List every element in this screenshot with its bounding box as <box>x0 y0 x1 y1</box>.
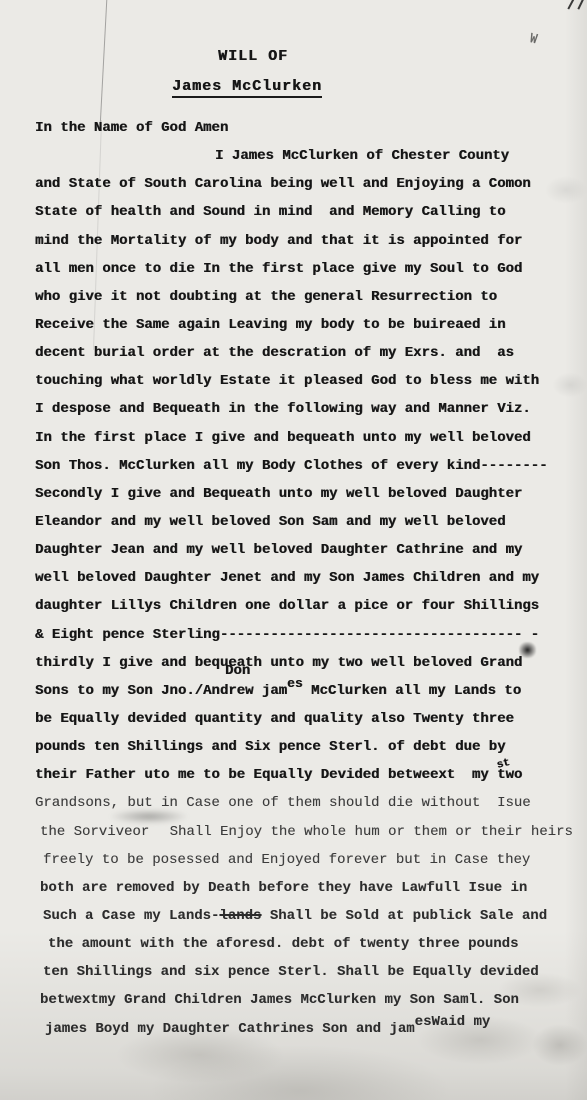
line-text: be Equally devided quantity and quality … <box>35 711 514 727</box>
stray-ink-mark: W <box>528 30 537 48</box>
document-line: all men once to die In the first place g… <box>35 255 581 283</box>
paper-crease-line <box>99 0 107 130</box>
line-text: well beloved Daughter Jenet and my Son J… <box>35 570 539 586</box>
document-line: Such a Case my Lands-lands Shall be Sold… <box>35 902 581 930</box>
line-text: their Father uto me to be Equally Devide… <box>35 767 497 783</box>
line-text: mind the Mortality of my body and that i… <box>35 233 522 249</box>
line-text: and State of South Carolina being well a… <box>35 176 531 192</box>
line-text: all men once to die In the first place g… <box>35 261 522 277</box>
line-text: james Boyd my Daughter Cathrines Son and… <box>45 1021 415 1037</box>
line-text: Receive the Same again Leaving my body t… <box>35 317 505 333</box>
ink-blot <box>522 652 532 666</box>
document-line: Secondly I give and Bequeath unto my wel… <box>35 480 581 508</box>
document-line: daughter Lillys Children one dollar a pi… <box>35 592 581 620</box>
line-text: decent burial order at the descration of… <box>35 345 514 361</box>
document-body: In the Name of God AmenI James McClurken… <box>35 114 581 1043</box>
line-text: ten Shillings and six pence Sterl. Shall… <box>43 964 539 980</box>
line-text: thirdly I give and bequeath unto my two … <box>35 655 522 671</box>
struck-out-text: lands <box>219 908 261 924</box>
scanned-will-page: W WILL OF James McClurken In the Name of… <box>0 0 587 1100</box>
document-line: both are removed by Death before they ha… <box>35 874 581 902</box>
document-line: In the Name of God Amen <box>35 114 581 142</box>
line-text: daughter Lillys Children one dollar a pi… <box>35 598 539 614</box>
document-line: I James McClurken of Chester County <box>35 142 581 170</box>
document-line: and State of South Carolina being well a… <box>35 170 581 198</box>
line-text: freely to be posessed and Enjoyed foreve… <box>43 852 530 868</box>
document-line: the Sorviveor Shall Enjoy the whole hum … <box>35 818 581 846</box>
line-text: McClurken all my Lands to <box>303 683 521 699</box>
document-line: ten Shillings and six pence Sterl. Shall… <box>35 958 581 986</box>
document-line: freely to be posessed and Enjoyed foreve… <box>35 846 581 874</box>
document-line: decent burial order at the descration of… <box>35 339 581 367</box>
raised-text: esWaid my <box>415 1008 491 1036</box>
document-line: Daughter Jean and my well beloved Daught… <box>35 536 581 564</box>
document-line: I despose and Bequeath in the following … <box>35 395 581 423</box>
line-text: the Sorviveor <box>40 824 158 840</box>
document-line: well beloved Daughter Jenet and my Son J… <box>35 564 581 592</box>
document-title-line1: WILL OF <box>218 48 288 65</box>
pencil-corner-mark <box>567 0 576 10</box>
line-text: State of health and Sound in mind and Me… <box>35 204 505 220</box>
document-line: Son Thos. McClurken all my Body Clothes … <box>35 452 581 480</box>
document-line: touching what worldly Estate it pleased … <box>35 367 581 395</box>
document-line: thirdly I give and bequeath unto my two … <box>35 649 581 677</box>
line-text: Sons to my Son Jno./Andrew jam <box>35 683 287 699</box>
line-text: In the Name of God Amen <box>35 120 228 136</box>
line-text: pounds ten Shillings and Six pence Sterl… <box>35 739 505 755</box>
line-text: I despose and Bequeath in the following … <box>35 401 531 417</box>
line-text: betwextmy Grand Children James McClurken… <box>40 992 519 1008</box>
document-line: pounds ten Shillings and Six pence Sterl… <box>35 733 581 761</box>
line-text: Shall Enjoy the whole hum or them or the… <box>170 824 573 840</box>
document-line: Eleandor and my well beloved Son Sam and… <box>35 508 581 536</box>
ink-smudge <box>158 821 170 835</box>
document-line: State of health and Sound in mind and Me… <box>35 198 581 226</box>
document-title-line2: James McClurken <box>172 78 322 98</box>
document-line: Receive the Same again Leaving my body t… <box>35 311 581 339</box>
line-text: both are removed by Death before they ha… <box>40 880 527 896</box>
line-text: Son Thos. McClurken all my Body Clothes … <box>35 458 547 474</box>
line-text: who give it not doubting at the general … <box>35 289 497 305</box>
pencil-corner-mark <box>577 0 586 10</box>
line-text: Daughter Jean and my well beloved Daught… <box>35 542 522 558</box>
document-line: who give it not doubting at the general … <box>35 283 581 311</box>
document-line: their Father uto me to be Equally Devide… <box>35 761 581 789</box>
document-line: mind the Mortality of my body and that i… <box>35 227 581 255</box>
line-text: I James McClurken of Chester County <box>215 148 509 164</box>
document-line: betwextmy Grand Children James McClurken… <box>35 986 581 1014</box>
line-text: Secondly I give and Bequeath unto my wel… <box>35 486 522 502</box>
line-text: touching what worldly Estate it pleased … <box>35 373 539 389</box>
line-text: & Eight pence Sterling------------------… <box>35 627 539 643</box>
document-line: & Eight pence Sterling------------------… <box>35 621 581 649</box>
interlinear-insertion: Don <box>225 664 250 678</box>
superscript-text: es <box>287 670 303 698</box>
line-text: Shall be Sold at publick Sale and <box>261 908 547 924</box>
line-text: the amount with the aforesd. debt of twe… <box>48 936 518 952</box>
line-text: Eleandor and my well beloved Son Sam and… <box>35 514 505 530</box>
line-text: Such a Case my Lands- <box>43 908 219 924</box>
document-line: james Boyd my Daughter Cathrines Son and… <box>35 1015 581 1043</box>
document-line: be Equally devided quantity and quality … <box>35 705 581 733</box>
document-line: the amount with the aforesd. debt of twe… <box>35 930 581 958</box>
document-line: DonSons to my Son Jno./Andrew james McCl… <box>35 677 581 705</box>
line-text: In the first place I give and bequeath u… <box>35 430 531 446</box>
document-line: In the first place I give and bequeath u… <box>35 424 581 452</box>
